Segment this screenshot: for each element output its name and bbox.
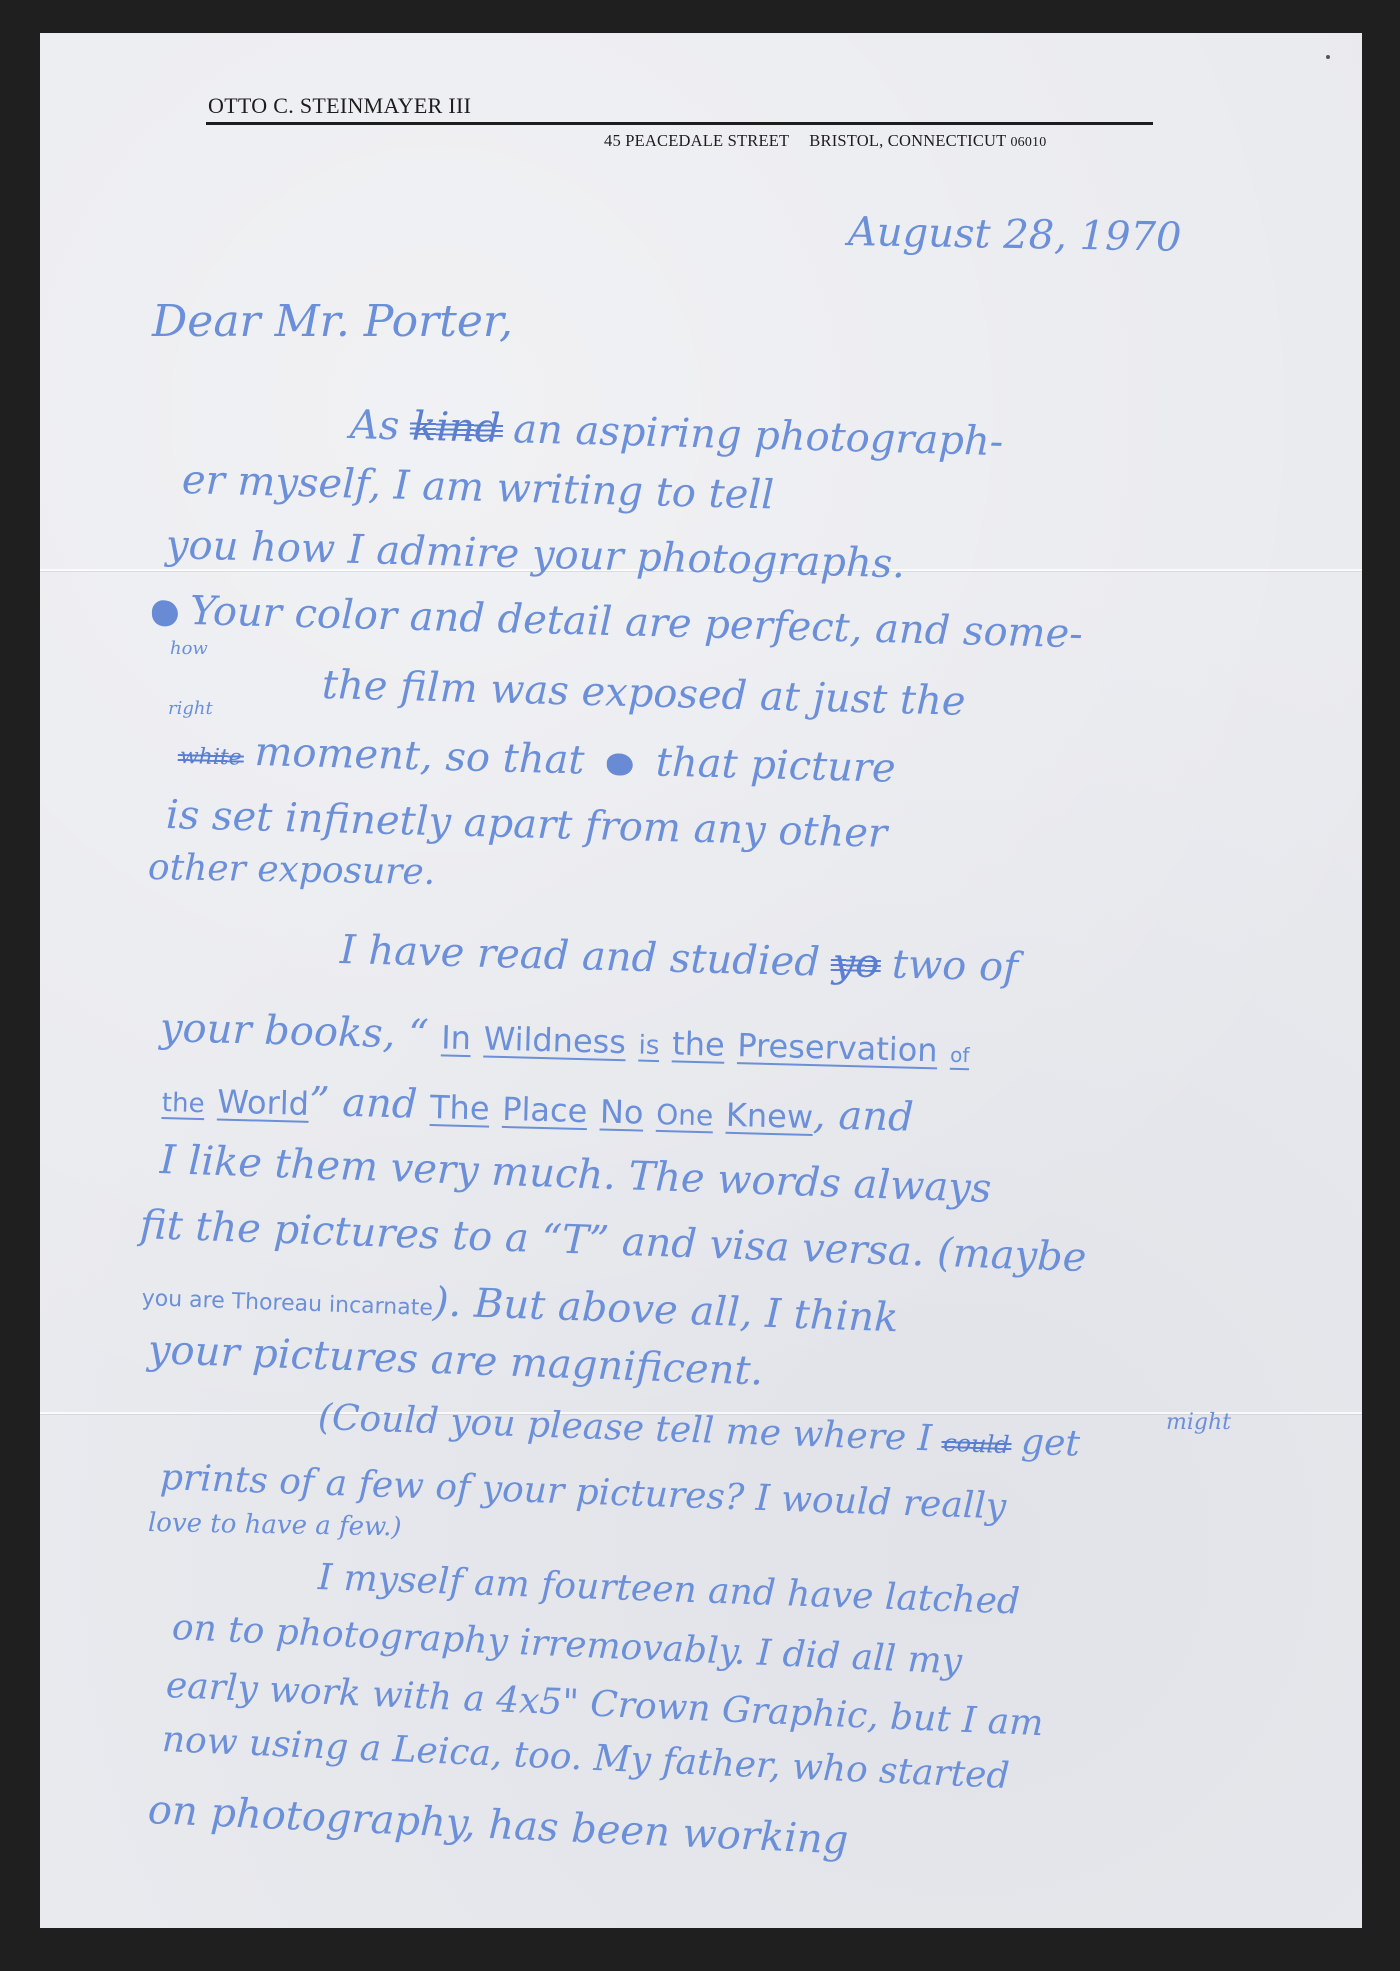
letter-line-8: other exposure. bbox=[148, 850, 436, 891]
struck-word: white bbox=[180, 746, 242, 770]
line-text: , and bbox=[813, 1092, 915, 1141]
book-title-word: One bbox=[656, 1098, 714, 1132]
line-text: ” and bbox=[308, 1079, 418, 1128]
book-title-word: World bbox=[217, 1082, 310, 1122]
letter-line-18: love to have a few.) bbox=[148, 1510, 402, 1540]
letterhead-rule bbox=[206, 122, 1153, 125]
letter-date: August 28, 1970 bbox=[848, 212, 1182, 258]
salutation: Dear Mr. Porter, bbox=[152, 300, 513, 344]
line-text: As bbox=[349, 402, 412, 450]
book-title-word: Place bbox=[502, 1090, 588, 1130]
letterhead-address: 45 PEACEDALE STREETBRISTOL, CONNECTICUT … bbox=[604, 131, 1046, 151]
letterhead-city: BRISTOL, CONNECTICUT bbox=[809, 131, 1006, 150]
book-title-word: the bbox=[161, 1088, 204, 1119]
line-text: get bbox=[1020, 1422, 1080, 1465]
struck-word: yo bbox=[832, 943, 880, 984]
book-title-word: is bbox=[638, 1031, 660, 1062]
book-title-word: the bbox=[672, 1024, 725, 1063]
insert-how: how bbox=[170, 640, 208, 658]
book-title-word: In bbox=[441, 1018, 472, 1057]
book-title-word: Wildness bbox=[483, 1019, 626, 1061]
line-text: two of bbox=[879, 941, 1019, 991]
letterhead-name: OTTO C. STEINMAYER III bbox=[208, 93, 471, 119]
book-title-word: of bbox=[950, 1043, 970, 1067]
ink-blot bbox=[152, 600, 179, 627]
book-title-word: No bbox=[600, 1092, 644, 1131]
line-text: that picture bbox=[655, 739, 896, 791]
line-text: moment, so that bbox=[254, 729, 585, 784]
struck-word: could bbox=[943, 1431, 1010, 1457]
book-title-word: The bbox=[430, 1088, 490, 1128]
line-text: your books, “ bbox=[159, 1005, 429, 1058]
insert-right: right bbox=[168, 700, 213, 718]
book-title-word: Knew bbox=[725, 1096, 813, 1136]
ink-blot bbox=[607, 753, 634, 776]
book-title-word: Preservation bbox=[737, 1026, 938, 1069]
insert-might: might bbox=[1166, 1412, 1231, 1434]
paper-speck bbox=[1326, 55, 1330, 59]
struck-word: kind bbox=[412, 407, 501, 449]
letterhead-street: 45 PEACEDALE STREET bbox=[604, 131, 789, 150]
letterhead-zip: 06010 bbox=[1010, 135, 1046, 150]
